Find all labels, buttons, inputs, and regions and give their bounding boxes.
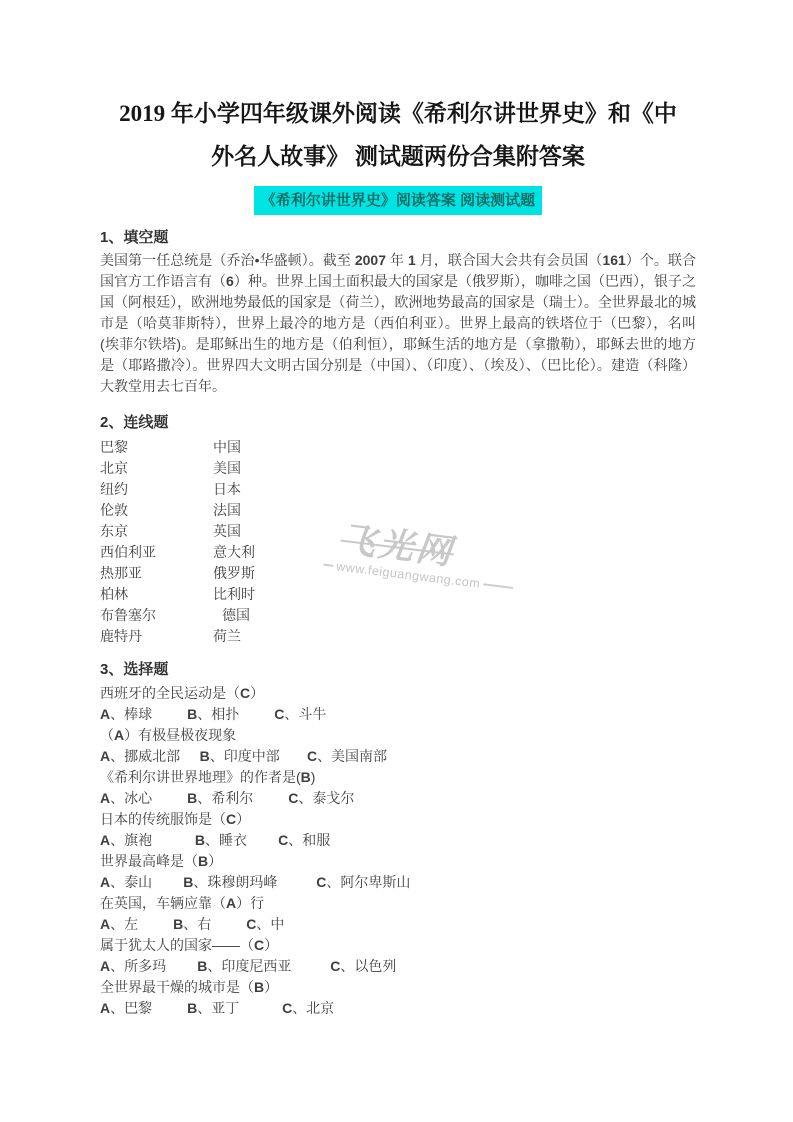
- matching-right-item: 美国: [213, 460, 241, 476]
- section-1-heading: 1、填空题: [100, 229, 696, 247]
- matching-right-item: 德国: [213, 607, 250, 623]
- matching-row: 鹿特丹荷兰: [100, 626, 696, 647]
- section-fill-blank: 1、填空题 美国第一任总统是（乔治•华盛顿）。截至 2007 年 1 月，联合国…: [100, 229, 696, 397]
- choice-question: 日本的传统服饰是（C）: [100, 809, 696, 830]
- matching-left-item: 巴黎: [100, 437, 213, 458]
- matching-right-item: 英国: [213, 523, 241, 539]
- choice-options: A、所多玛 B、印度尼西亚 C、以色列: [100, 956, 696, 977]
- section-3-heading: 3、选择题: [100, 661, 696, 679]
- matching-left-item: 西伯利亚: [100, 542, 213, 563]
- matching-right-item: 俄罗斯: [213, 565, 255, 581]
- matching-right-item: 中国: [213, 439, 241, 455]
- matching-left-item: 纽约: [100, 479, 213, 500]
- matching-left-item: 东京: [100, 521, 213, 542]
- matching-left-item: 伦敦: [100, 500, 213, 521]
- subtitle-highlight: 《希利尔讲世界史》阅读答案 阅读测试题: [254, 186, 542, 215]
- matching-right-item: 荷兰: [213, 628, 241, 644]
- choice-options: A、左 B、右 C、中: [100, 914, 696, 935]
- subtitle-row: 《希利尔讲世界史》阅读答案 阅读测试题: [100, 186, 696, 215]
- choice-question: 世界最高峰是（B）: [100, 851, 696, 872]
- matching-right-item: 意大利: [213, 544, 255, 560]
- choice-question: 全世界最干燥的城市是（B）: [100, 977, 696, 998]
- matching-row: 巴黎中国: [100, 437, 696, 458]
- matching-row: 柏林比利时: [100, 584, 696, 605]
- choice-options: A、旗袍 B、睡衣 C、和服: [100, 830, 696, 851]
- matching-left-item: 北京: [100, 458, 213, 479]
- matching-row: 伦敦法国: [100, 500, 696, 521]
- matching-left-item: 热那亚: [100, 563, 213, 584]
- matching-row: 布鲁塞尔德国: [100, 605, 696, 626]
- document-title: 2019 年小学四年级课外阅读《希利尔讲世界史》和《中 外名人故事》 测试题两份…: [100, 92, 696, 178]
- matching-left-item: 鹿特丹: [100, 626, 213, 647]
- matching-row: 北京美国: [100, 458, 696, 479]
- choice-question: 《希利尔讲世界地理》的作者是(B): [100, 767, 696, 788]
- matching-left-item: 柏林: [100, 584, 213, 605]
- choice-question: 在英国，车辆应靠（A）行: [100, 893, 696, 914]
- matching-row: 纽约日本: [100, 479, 696, 500]
- matching-left-item: 布鲁塞尔: [100, 605, 213, 626]
- matching-right-item: 比利时: [213, 586, 255, 602]
- choice-options: A、冰心 B、希利尔 C、泰戈尔: [100, 788, 696, 809]
- choice-question: 西班牙的全民运动是（C）: [100, 683, 696, 704]
- fill-blank-paragraph: 美国第一任总统是（乔治•华盛顿）。截至 2007 年 1 月，联合国大会共有会员…: [100, 250, 696, 397]
- title-line-1: 2019 年小学四年级课外阅读《希利尔讲世界史》和《中: [100, 92, 696, 135]
- matching-right-item: 法国: [213, 502, 241, 518]
- choice-options: A、巴黎 B、亚丁 C、北京: [100, 998, 696, 1019]
- choice-question: 属于犹太人的国家——（C）: [100, 935, 696, 956]
- choice-options: A、挪威北部 B、印度中部 C、美国南部: [100, 746, 696, 767]
- choice-list: 西班牙的全民运动是（C） A、棒球 B、相扑 C、斗牛 （A）有极昼极夜现象 A…: [100, 683, 696, 1019]
- matching-right-item: 日本: [213, 481, 241, 497]
- title-line-2: 外名人故事》 测试题两份合集附答案: [100, 135, 696, 178]
- section-2-heading: 2、连线题: [100, 414, 696, 432]
- choice-options: A、棒球 B、相扑 C、斗牛: [100, 704, 696, 725]
- section-choice: 3、选择题 西班牙的全民运动是（C） A、棒球 B、相扑 C、斗牛 （A）有极昼…: [100, 661, 696, 1019]
- document-content: 2019 年小学四年级课外阅读《希利尔讲世界史》和《中 外名人故事》 测试题两份…: [100, 0, 696, 1019]
- document-page: 2019 年小学四年级课外阅读《希利尔讲世界史》和《中 外名人故事》 测试题两份…: [0, 0, 793, 1122]
- choice-question: （A）有极昼极夜现象: [100, 725, 696, 746]
- choice-options: A、泰山 B、珠穆朗玛峰 C、阿尔卑斯山: [100, 872, 696, 893]
